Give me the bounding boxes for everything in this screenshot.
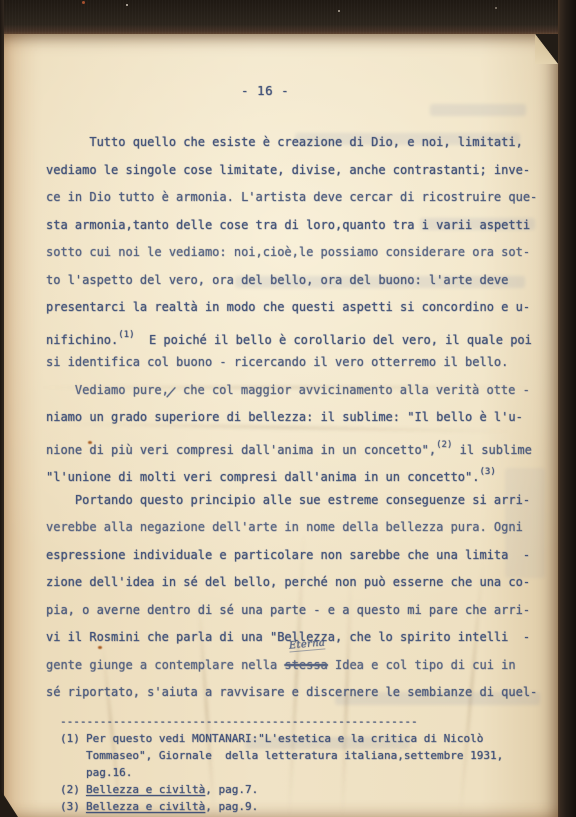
- footnote-line: Per questo vedi MONTANARI:"L'estetica e …: [86, 730, 538, 747]
- footnote-marker: (2): [60, 781, 86, 798]
- typed-line: sotto cui noi le vediamo: noi,cioè,le po…: [46, 239, 551, 267]
- dust-speck: [126, 4, 128, 6]
- typed-text: pia, o averne dentro di sé una parte - e…: [46, 603, 530, 617]
- footnote-ref: (2): [436, 440, 452, 450]
- typed-text: ce in Dio tutto è armonia. L'artista dev…: [46, 190, 537, 204]
- typed-text: Idea e col tipo di cui in: [328, 658, 516, 672]
- typed-text: Tutto quello che esiste è creazione di D…: [46, 135, 523, 149]
- scan-border-top: [0, 0, 576, 34]
- footnote-text: Bellezza e civiltà, pag.9.: [86, 798, 538, 815]
- typed-line: espressione individuale e particolare no…: [46, 542, 551, 570]
- typed-text: espressione individuale e particolare no…: [46, 548, 530, 562]
- typed-text: verebbe alla negazione dell'arte in nome…: [46, 520, 523, 534]
- typed-text: Tommaseo", Giornale della letteratura it…: [86, 749, 503, 762]
- footnote-line: Bellezza e civiltà, pag.9.: [86, 798, 538, 815]
- footnotes: ----------------------------------------…: [60, 715, 538, 815]
- typed-text: il sublime: [452, 443, 531, 457]
- scanned-page: - 16 - Tutto quello che esiste è creazio…: [0, 0, 576, 817]
- footnote-line: Tommaseo", Giornale della letteratura it…: [86, 747, 538, 764]
- typed-text: Per questo vedi MONTANARI:"L'estetica e …: [86, 732, 483, 745]
- typed-line: ce in Dio tutto è armonia. L'artista dev…: [46, 184, 551, 212]
- typed-text: si identifica col buono - ricercando il …: [46, 355, 508, 369]
- typed-line: Portando questo principio alle sue estre…: [46, 487, 551, 515]
- ghost-text-smudge: [430, 104, 526, 116]
- scan-corner-bottom-left: [0, 789, 18, 817]
- dust-speck: [495, 7, 497, 9]
- footnote-marker: (1): [60, 730, 86, 781]
- typed-line: "l'unione di molti veri compresi dall'an…: [46, 459, 551, 487]
- typed-text: , pag.9.: [205, 800, 258, 813]
- typed-line: nifichino.(1) E poiché il bello è coroll…: [46, 322, 551, 350]
- typed-text: vediamo le singole cose limitate, divise…: [46, 163, 530, 177]
- typed-text: presentarci la realtà in modo che questi…: [46, 300, 530, 314]
- page-number: - 16 -: [241, 83, 289, 98]
- page-fold-corner-icon: [535, 34, 558, 64]
- typed-line: vediamo le singole cose limitate, divise…: [46, 157, 551, 185]
- footnote-item: (3)Bellezza e civiltà, pag.9.: [60, 798, 538, 815]
- footnote-ref: (1): [118, 330, 134, 340]
- footnote-line: Bellezza e civiltà, pag.7.: [86, 781, 538, 798]
- typed-text: , pag.7.: [205, 783, 258, 796]
- corrected-word: stessaEterna: [284, 652, 327, 680]
- typed-text: nione di più veri compresi dall'anima in…: [46, 443, 436, 457]
- typed-text: sta armonia,tanto delle cose tra di loro…: [46, 218, 530, 232]
- typed-line: nione di più veri compresi dall'anima in…: [46, 432, 551, 460]
- typed-text: sotto cui noi le vediamo: noi,cioè,le po…: [46, 245, 530, 259]
- scan-border-left: [0, 0, 4, 817]
- typed-line: sé riportato, s'aiuta a ravvisare e disc…: [46, 679, 551, 707]
- paper-sheet: - 16 - Tutto quello che esiste è creazio…: [4, 34, 558, 817]
- dust-speck: [338, 10, 340, 12]
- underlined-title: Bellezza e civiltà: [86, 783, 205, 796]
- typed-line: sta armonia,tanto delle cose tra di loro…: [46, 212, 551, 240]
- typed-text: sé riportato, s'aiuta a ravvisare e disc…: [46, 685, 537, 699]
- typed-line: Vediamo pure,/ che col maggior avvicinam…: [46, 377, 551, 405]
- footnote-item: (2)Bellezza e civiltà, pag.7.: [60, 781, 538, 798]
- typed-text: to l'aspetto del vero, ora del bello, or…: [46, 273, 508, 287]
- underlined-title: Bellezza e civiltà: [86, 800, 205, 813]
- footnote-ref: (3): [479, 467, 495, 477]
- footnote-marker: (3): [60, 798, 86, 815]
- typed-line: Tutto quello che esiste è creazione di D…: [46, 129, 551, 157]
- footnote-separator: ----------------------------------------…: [60, 715, 538, 730]
- typed-text: gente giunge a contemplare nella: [46, 658, 284, 672]
- typed-line: verebbe alla negazione dell'arte in nome…: [46, 514, 551, 542]
- scan-border-right: [558, 0, 576, 817]
- typed-text: nifichino.: [46, 333, 118, 347]
- typed-line: si identifica col buono - ricercando il …: [46, 349, 551, 377]
- typed-line: gente giunge a contemplare nella stessaE…: [46, 652, 551, 680]
- typed-text: pag.16.: [86, 766, 132, 779]
- typed-line: zione dell'idea in sé del bello, perché …: [46, 569, 551, 597]
- footnote-text: Per questo vedi MONTANARI:"L'estetica e …: [86, 730, 538, 781]
- dust-speck: [82, 1, 85, 4]
- typed-text: Portando questo principio alle sue estre…: [46, 493, 530, 507]
- footnote-list: (1)Per questo vedi MONTANARI:"L'estetica…: [60, 730, 538, 815]
- typed-text: che col maggior avvicinamento alla verit…: [176, 383, 530, 397]
- typed-text: Vediamo pure,: [46, 383, 169, 397]
- typed-line: to l'aspetto del vero, ora del bello, or…: [46, 267, 551, 295]
- footnote-text: Bellezza e civiltà, pag.7.: [86, 781, 538, 798]
- typed-text: niamo un grado superiore di bellezza: il…: [46, 410, 523, 424]
- typed-text: zione dell'idea in sé del bello, perché …: [46, 575, 530, 589]
- typed-text: "l'unione di molti veri compresi dall'an…: [46, 470, 479, 484]
- typed-line: niamo un grado superiore di bellezza: il…: [46, 404, 551, 432]
- typed-body: Tutto quello che esiste è creazione di D…: [46, 129, 551, 707]
- typed-line: pia, o averne dentro di sé una parte - e…: [46, 597, 551, 625]
- footnote-line: pag.16.: [86, 764, 538, 781]
- footnote-item: (1)Per questo vedi MONTANARI:"L'estetica…: [60, 730, 538, 781]
- typed-text: E poiché il bello è corollario del vero,…: [135, 333, 532, 347]
- typed-line: presentarci la realtà in modo che questi…: [46, 294, 551, 322]
- struck-word: stessa: [284, 658, 327, 672]
